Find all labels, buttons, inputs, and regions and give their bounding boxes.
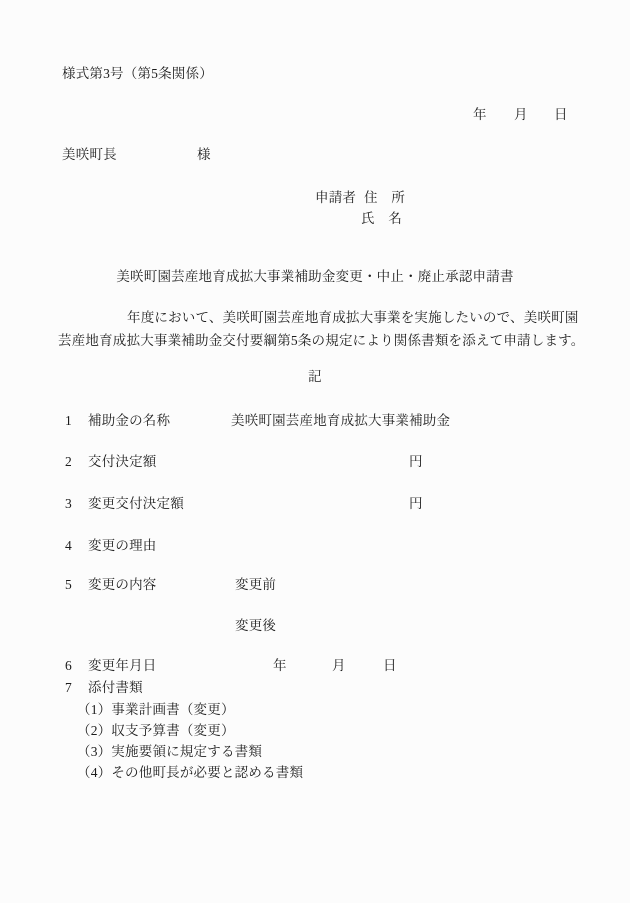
attachment-item-1: （1）事業計画書（変更） — [77, 701, 235, 718]
item-1-value: 美咲町園芸産地育成拡大事業補助金 — [231, 412, 450, 429]
item-1-label: 補助金の名称 — [88, 412, 170, 429]
document-title: 美咲町園芸産地育成拡大事業補助金変更・中止・廃止承認申請書 — [0, 268, 630, 285]
item-6-day-label: 日 — [383, 657, 397, 674]
form-number: 様式第3号（第5条関係） — [62, 65, 213, 82]
attachment-item-4: （4）その他町長が必要と認める書類 — [77, 764, 303, 781]
addressee-honorific: 様 — [197, 146, 211, 163]
header-date-day-label: 日 — [554, 106, 568, 123]
item-7-number: 7 — [65, 679, 72, 696]
header-date-year-label: 年 — [473, 106, 487, 123]
item-3-unit-yen: 円 — [409, 495, 423, 512]
attachment-item-3: （3）実施要領に規定する書類 — [77, 743, 262, 760]
item-1-number: 1 — [65, 412, 72, 429]
item-7-label: 添付書類 — [88, 679, 143, 696]
header-date-month-label: 月 — [514, 106, 528, 123]
item-5-label: 変更の内容 — [88, 576, 157, 593]
item-5-number: 5 — [65, 576, 72, 593]
item-6-label: 変更年月日 — [88, 657, 157, 674]
item-2-number: 2 — [65, 453, 72, 470]
record-marker: 記 — [0, 368, 630, 385]
item-2-unit-yen: 円 — [409, 453, 423, 470]
item-4-label: 変更の理由 — [88, 537, 157, 554]
item-2-label: 交付決定額 — [88, 453, 157, 470]
item-5-after-label: 変更後 — [235, 617, 276, 634]
addressee-title: 美咲町長 — [62, 146, 117, 163]
applicant-label: 申請者 — [315, 189, 356, 206]
item-6-year-label: 年 — [273, 657, 287, 674]
item-4-number: 4 — [65, 537, 72, 554]
item-5-before-label: 変更前 — [235, 576, 276, 593]
document-page: 様式第3号（第5条関係） 年 月 日 美咲町長 様 申請者 住 所 氏 名 美咲… — [0, 0, 630, 903]
applicant-address-label: 住 所 — [364, 189, 405, 206]
attachment-item-2: （2）収支予算書（変更） — [77, 722, 235, 739]
body-line-2: 芸産地育成拡大事業補助金交付要綱第5条の規定により関係書類を添えて申請します。 — [58, 332, 584, 349]
item-3-label: 変更交付決定額 — [88, 495, 184, 512]
item-6-number: 6 — [65, 657, 72, 674]
applicant-name-label: 氏 名 — [361, 210, 402, 227]
item-6-month-label: 月 — [332, 657, 346, 674]
body-line-1: 年度において、美咲町園芸産地育成拡大事業を実施したいので、美咲町園 — [127, 309, 579, 326]
item-3-number: 3 — [65, 495, 72, 512]
